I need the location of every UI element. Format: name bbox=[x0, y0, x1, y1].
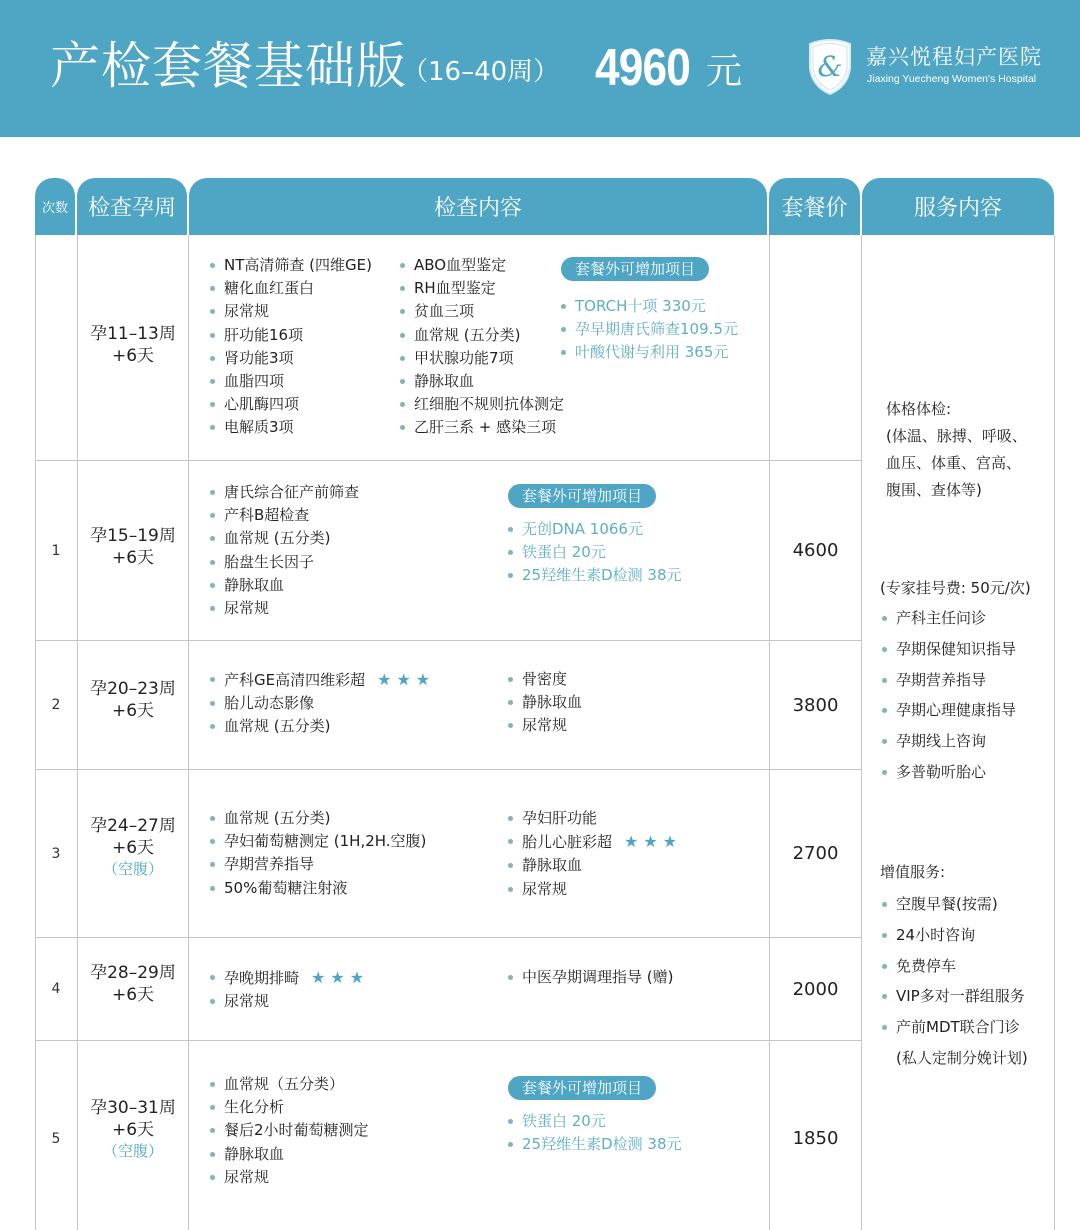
exam-item: 胎盘生长因子 bbox=[210, 551, 359, 574]
exam-item: 胎儿心脏彩超★★★ bbox=[508, 830, 682, 854]
exam-list: 产科GE高清四维彩超★★★ 胎儿动态影像 血常规 (五分类) bbox=[210, 668, 435, 739]
extras-badge: 套餐外可增加项目 bbox=[508, 1076, 656, 1100]
visit-count: 5 bbox=[35, 1041, 77, 1230]
column-header-week: 检查孕周 bbox=[77, 178, 187, 235]
exam-item: 尿常规 bbox=[210, 300, 372, 323]
service-item: 多普勒听胎心 bbox=[880, 757, 1055, 788]
exam-item: 肾功能3项 bbox=[210, 347, 372, 370]
package-price: 4960 bbox=[595, 38, 690, 98]
star-rating-icon: ★★★ bbox=[377, 670, 435, 689]
exam-item: 电解质3项 bbox=[210, 416, 372, 439]
fasting-note: （空腹） bbox=[103, 1141, 163, 1161]
value-note: (私人定制分娩计划) bbox=[880, 1043, 1055, 1074]
exam-item: 甲状腺功能7项 bbox=[400, 347, 564, 370]
service-item: 孕期营养指导 bbox=[880, 665, 1055, 696]
value-item: 免费停车 bbox=[880, 951, 1055, 982]
service-item: 孕期线上咨询 bbox=[880, 726, 1055, 757]
exam-item: 孕晚期排畸★★★ bbox=[210, 966, 369, 990]
exam-item: 血常规 (五分类) bbox=[210, 807, 426, 830]
physical-exam-block: 体格体检: (体温、脉搏、呼吸、 血压、体重、宫高、 腹围、查体等) bbox=[886, 396, 1061, 504]
value-added-services: 增值服务: 空腹早餐(按需) 24小时咨询 免费停车 VIP多对一群组服务 产前… bbox=[880, 857, 1055, 1074]
exam-item: 尿常规 bbox=[210, 597, 359, 620]
extra-item: 铁蛋白 20元 bbox=[508, 1110, 682, 1133]
extra-item: 铁蛋白 20元 bbox=[508, 541, 682, 564]
extras-badge: 套餐外可增加项目 bbox=[508, 484, 656, 508]
hospital-logo-shield-icon: & bbox=[806, 38, 854, 96]
price-unit: 元 bbox=[706, 50, 742, 94]
exam-item: 静脉取血 bbox=[508, 691, 582, 714]
extras-group: 套餐外可增加项目 无创DNA 1066元 铁蛋白 20元 25羟维生素D检测 3… bbox=[508, 484, 682, 588]
exam-list: 血常规（五分类） 生化分析 餐后2小时葡萄糖测定 静脉取血 尿常规 bbox=[210, 1073, 369, 1189]
svg-text:&: & bbox=[818, 50, 843, 83]
grid-line bbox=[861, 235, 862, 1230]
exam-item: 骨密度 bbox=[508, 668, 582, 691]
gestation-week: 孕15–19周 +6天 bbox=[78, 461, 188, 640]
exam-item: 贫血三项 bbox=[400, 300, 564, 323]
extra-item: 无创DNA 1066元 bbox=[508, 518, 682, 541]
exam-item: 静脉取血 bbox=[400, 370, 564, 393]
exam-item: 餐后2小时葡萄糖测定 bbox=[210, 1119, 369, 1142]
exam-list: NT高清筛查 (四维GE) 糖化血红蛋白 尿常规 肝功能16项 肾功能3项 血脂… bbox=[210, 254, 372, 440]
value-item: 产前MDT联合门诊 bbox=[880, 1012, 1055, 1043]
exam-list: 中医孕期调理指导 (赠) bbox=[508, 966, 673, 989]
exam-item: 产科B超检查 bbox=[210, 504, 359, 527]
visit-count bbox=[35, 236, 77, 460]
gestation-week: 孕28–29周 +6天 bbox=[78, 938, 188, 1040]
gestation-week: 孕30–31周 +6天 （空腹） bbox=[78, 1041, 188, 1230]
exam-item: RH血型鉴定 bbox=[400, 277, 564, 300]
exam-item: 静脉取血 bbox=[210, 1143, 369, 1166]
gestation-week: 孕20–23周 +6天 bbox=[78, 641, 188, 769]
exam-item: 生化分析 bbox=[210, 1096, 369, 1119]
extra-item: 叶酸代谢与利用 365元 bbox=[561, 341, 738, 364]
extras-group: 套餐外可增加项目 TORCH十项 330元 孕早期唐氏筛查109.5元 叶酸代谢… bbox=[561, 257, 738, 365]
exam-item: 心肌酶四项 bbox=[210, 393, 372, 416]
exam-list: 骨密度 静脉取血 尿常规 bbox=[508, 668, 582, 738]
extra-item: TORCH十项 330元 bbox=[561, 295, 738, 318]
value-item: VIP多对一群组服务 bbox=[880, 981, 1055, 1012]
exam-item: 尿常规 bbox=[508, 714, 582, 737]
exam-item: 尿常规 bbox=[508, 878, 682, 901]
row-price: 2000 bbox=[770, 938, 861, 1040]
hospital-name-en: Jiaxing Yuecheng Women's Hospital bbox=[867, 72, 1036, 86]
exam-item: 红细胞不规则抗体测定 bbox=[400, 393, 564, 416]
exam-list: 唐氏综合征产前筛查 产科B超检查 血常规 (五分类) 胎盘生长因子 静脉取血 尿… bbox=[210, 481, 359, 620]
exam-item: 唐氏综合征产前筛查 bbox=[210, 481, 359, 504]
column-header-content: 检查内容 bbox=[189, 178, 767, 235]
exam-item: 尿常规 bbox=[210, 1166, 369, 1189]
exam-item: 乙肝三系 + 感染三项 bbox=[400, 416, 564, 439]
exam-item: 孕妇肝功能 bbox=[508, 807, 682, 830]
fasting-note: （空腹） bbox=[103, 859, 163, 879]
service-item: 孕期保健知识指导 bbox=[880, 634, 1055, 665]
exam-list: 血常规 (五分类) 孕妇葡萄糖测定 (1H,2H.空腹) 孕期营养指导 50%葡… bbox=[210, 807, 426, 900]
column-header-count: 次数 bbox=[35, 178, 75, 235]
row-price: 4600 bbox=[770, 461, 861, 640]
row-price: 3800 bbox=[770, 641, 861, 769]
exam-item: 血脂四项 bbox=[210, 370, 372, 393]
column-header-service: 服务内容 bbox=[862, 178, 1054, 235]
exam-list: 孕妇肝功能 胎儿心脏彩超★★★ 静脉取血 尿常规 bbox=[508, 807, 682, 901]
physical-exam-title: 体格体检: bbox=[886, 396, 1061, 423]
extra-item: 25羟维生素D检测 38元 bbox=[508, 564, 682, 587]
service-item: 产科主任问诊 bbox=[880, 603, 1055, 634]
exam-item: ABO血型鉴定 bbox=[400, 254, 564, 277]
extra-item: 孕早期唐氏筛查109.5元 bbox=[561, 318, 738, 341]
visit-count: 3 bbox=[35, 770, 77, 937]
extras-group: 套餐外可增加项目 铁蛋白 20元 25羟维生素D检测 38元 bbox=[508, 1076, 682, 1156]
exam-item: 孕妇葡萄糖测定 (1H,2H.空腹) bbox=[210, 830, 426, 853]
exam-item: 肝功能16项 bbox=[210, 324, 372, 347]
exam-item: 尿常规 bbox=[210, 990, 369, 1013]
exam-item: 胎儿动态影像 bbox=[210, 692, 435, 715]
column-header-price: 套餐价 bbox=[769, 178, 860, 235]
exam-item: 血常规 (五分类) bbox=[210, 527, 359, 550]
row-price bbox=[770, 236, 861, 460]
gestation-week: 孕11–13周 +6天 bbox=[78, 236, 188, 460]
exam-item: 血常规（五分类） bbox=[210, 1073, 369, 1096]
service-list: (专家挂号费: 50元/次) 产科主任问诊 孕期保健知识指导 孕期营养指导 孕期… bbox=[880, 574, 1055, 788]
gestation-week: 孕24–27周 +6天 （空腹） bbox=[78, 770, 188, 937]
exam-item: 中医孕期调理指导 (赠) bbox=[508, 966, 673, 989]
hospital-name: 嘉兴悦程妇产医院 bbox=[866, 44, 1042, 70]
exam-item: 产科GE高清四维彩超★★★ bbox=[210, 668, 435, 692]
exam-item: 50%葡萄糖注射液 bbox=[210, 877, 426, 900]
exam-list: ABO血型鉴定 RH血型鉴定 贫血三项 血常规 (五分类) 甲状腺功能7项 静脉… bbox=[400, 254, 564, 440]
value-added-title: 增值服务: bbox=[880, 857, 1055, 887]
expert-fee: (专家挂号费: 50元/次) bbox=[880, 574, 1055, 602]
exam-item: 静脉取血 bbox=[508, 854, 682, 877]
exam-list: 孕晚期排畸★★★ 尿常规 bbox=[210, 966, 369, 1013]
exam-item: 糖化血红蛋白 bbox=[210, 277, 372, 300]
exam-item: NT高清筛查 (四维GE) bbox=[210, 254, 372, 277]
row-price: 1850 bbox=[770, 1041, 861, 1230]
exam-item: 孕期营养指导 bbox=[210, 853, 426, 876]
value-item: 24小时咨询 bbox=[880, 920, 1055, 951]
visit-count: 2 bbox=[35, 641, 77, 769]
visit-count: 4 bbox=[35, 938, 77, 1040]
grid-line bbox=[188, 235, 189, 1230]
week-range: （16–40周） bbox=[402, 55, 559, 89]
page-title: 产检套餐基础版 bbox=[50, 36, 407, 96]
star-rating-icon: ★★★ bbox=[311, 968, 369, 987]
service-item: 孕期心理健康指导 bbox=[880, 695, 1055, 726]
value-item: 空腹早餐(按需) bbox=[880, 889, 1055, 920]
row-price: 2700 bbox=[770, 770, 861, 937]
star-rating-icon: ★★★ bbox=[624, 832, 682, 851]
visit-count: 1 bbox=[35, 461, 77, 640]
extras-badge: 套餐外可增加项目 bbox=[561, 257, 709, 281]
exam-item: 血常规 (五分类) bbox=[400, 324, 564, 347]
exam-item: 静脉取血 bbox=[210, 574, 359, 597]
extra-item: 25羟维生素D检测 38元 bbox=[508, 1133, 682, 1156]
exam-item: 血常规 (五分类) bbox=[210, 715, 435, 738]
header-banner: 产检套餐基础版 （16–40周） 4960 元 & 嘉兴悦程妇产医院 Jiaxi… bbox=[0, 0, 1080, 137]
